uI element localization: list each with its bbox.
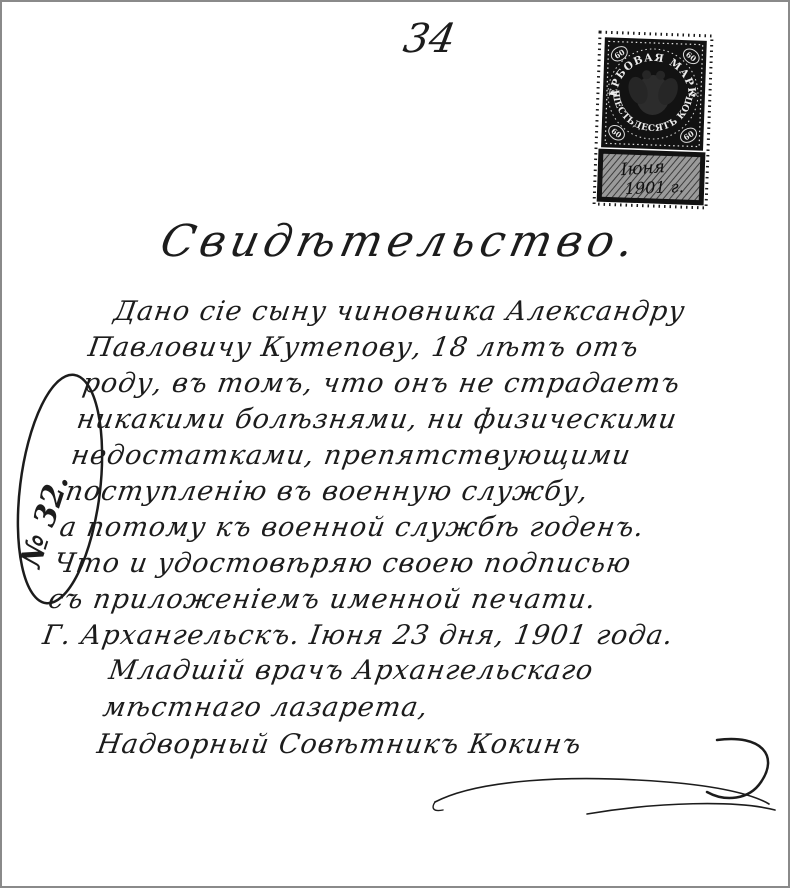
document-body: Дано сіе сыну чиновника Александру Павло…	[40, 294, 742, 654]
body-line: Г. Архангельскъ. Іюня 23 дня, 1901 года.	[40, 618, 691, 654]
flourish-stroke-main	[435, 779, 769, 804]
stamp-date-line2: 1901 г.	[624, 177, 684, 198]
signature-line: Младшій врачъ Архангельскаго	[106, 652, 596, 689]
document-title: Свидѣтельство.	[156, 216, 643, 267]
flourish-stroke-hook	[433, 802, 443, 811]
stamp-date-line1: Іюня	[619, 157, 665, 180]
signature-line: мѣстнаго лазарета,	[100, 689, 590, 726]
body-line: Дано сіе сыну чиновника Александру	[91, 294, 742, 330]
page-number: 34	[400, 16, 459, 62]
body-line: недостатками, препятствующими	[68, 438, 719, 474]
body-line: поступленію въ военную службу,	[63, 474, 714, 510]
signature-flourish	[417, 734, 787, 839]
stamp-cancellation-tab: Іюня 1901 г.	[599, 151, 703, 203]
body-line: никакими болѣзнями, ни физическими	[74, 402, 725, 438]
body-line: Павловичу Кутепову, 18 лѣтъ отъ	[86, 330, 737, 366]
signature-loop-stroke	[707, 739, 768, 798]
revenue-stamp-graphic: ГЕРБОВАЯ МАРКА ШЕСТЬДЕСЯТЪ КОП. 60 60 60…	[590, 29, 716, 213]
scanned-document-page: 34	[0, 0, 790, 888]
revenue-stamp: ГЕРБОВАЯ МАРКА ШЕСТЬДЕСЯТЪ КОП. 60 60 60…	[590, 29, 716, 213]
body-line: а потому къ военной службѣ годенъ.	[57, 510, 708, 546]
signature-flourish-graphic	[417, 734, 787, 839]
flourish-stroke-under	[587, 804, 775, 814]
body-line: Что и удостовѣряю своею подписью	[51, 546, 702, 582]
body-line: роду, въ томъ, что онъ не страдаетъ	[80, 366, 731, 402]
body-line: съ приложеніемъ именной печати.	[46, 582, 697, 618]
